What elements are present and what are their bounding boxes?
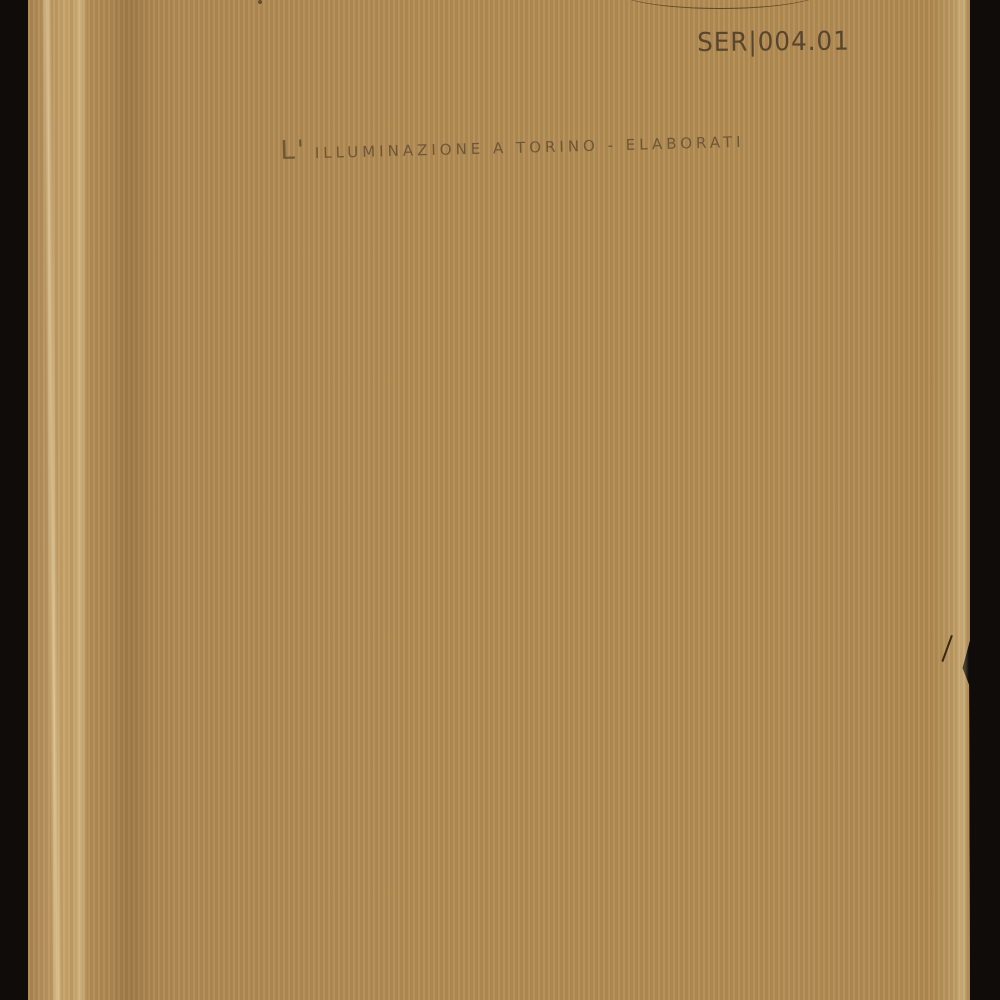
pencil-dot-mark <box>258 0 262 4</box>
scanned-document: SER|004.01 L' ILLUMINAZIONE A TORINO - E… <box>0 0 1000 1000</box>
folder-title-lead: L' <box>280 135 306 166</box>
archive-code: SER|004.01 <box>697 27 850 58</box>
